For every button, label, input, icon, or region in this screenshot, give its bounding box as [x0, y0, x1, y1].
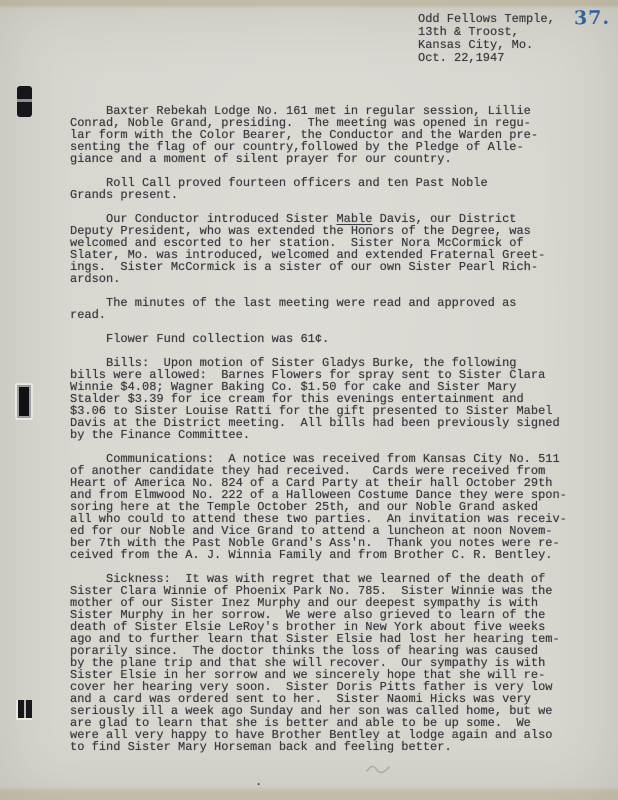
typed-paragraph: Baxter Rebekah Lodge No. 161 met in regu… — [70, 105, 567, 165]
typed-paragraph: Sickness: It was with regret that we lea… — [70, 573, 567, 753]
typed-paragraph: Flower Fund collection was 61¢. — [70, 333, 567, 345]
letterhead-address-block: Odd Fellows Temple, 13th & Troost, Kansa… — [418, 13, 555, 65]
typed-paragraph: Communications: A notice was received fr… — [70, 453, 567, 561]
scanned-minutes-page: 37. Odd Fellows Temple, 13th & Troost, K… — [0, 0, 618, 800]
typed-paragraph: The minutes of the last meeting were rea… — [70, 297, 567, 321]
typed-paragraph: Our Conductor introduced Sister Mable Da… — [70, 213, 567, 285]
handwritten-page-number: 37. — [574, 7, 610, 30]
pencil-squiggle-mark — [365, 762, 391, 776]
typed-paragraph: Roll Call proved fourteen officers and t… — [70, 177, 567, 201]
typed-text: Baxter Rebekah Lodge No. 161 met in regu… — [70, 105, 567, 765]
binding-clip-bottom-icon — [18, 700, 32, 718]
typed-paragraph: Bills: Upon motion of Sister Gladys Burk… — [70, 357, 567, 441]
binding-clip-middle-icon — [17, 385, 31, 418]
stray-typed-period: . — [255, 775, 262, 789]
binding-clip-top-icon — [17, 86, 32, 117]
